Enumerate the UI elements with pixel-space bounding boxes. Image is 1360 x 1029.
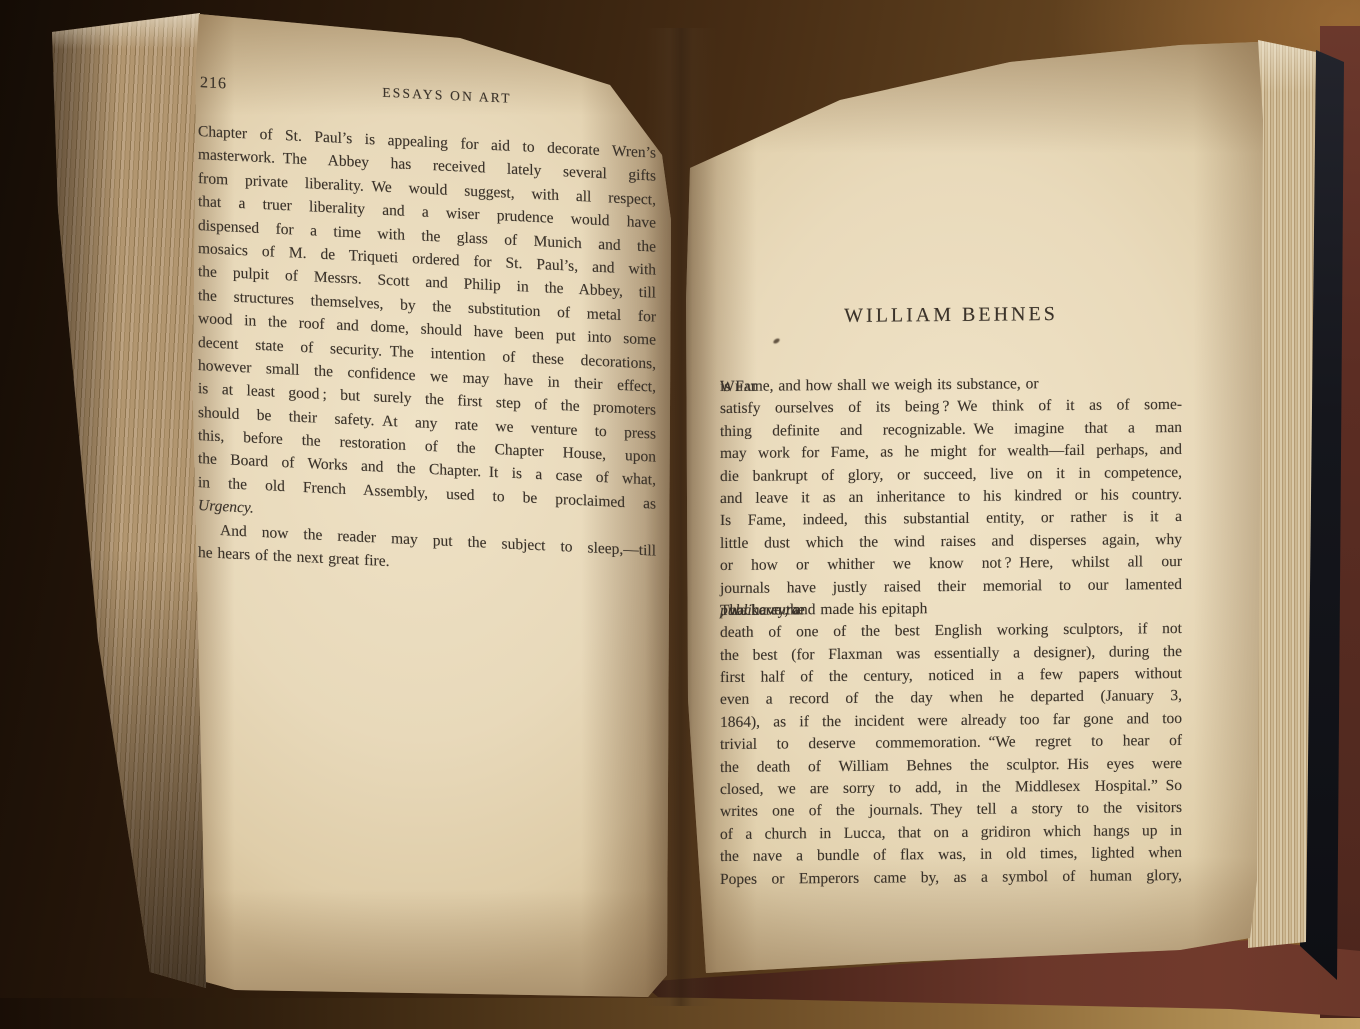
left-page-text-block: 216 ESSAYS ON ART Chapter of St. Paul’s … xyxy=(198,74,656,586)
chapter-title: WILLIAM BEHNES xyxy=(720,302,1182,332)
right-page-body: What is Fame, and how shall we weigh its… xyxy=(720,372,1182,891)
book-gutter-shadow xyxy=(645,28,717,1006)
epitaph-post: , we have the xyxy=(720,599,805,622)
left-page-body: Chapter of St. Paul’s is appealing for a… xyxy=(198,120,656,586)
opening-line-rest: is Fame, and how shall we weigh its subs… xyxy=(720,373,1039,398)
right-page-text-block: WILLIAM BEHNES What is Fame, and how sha… xyxy=(720,302,1182,891)
open-book-photo: 216 ESSAYS ON ART Chapter of St. Paul’s … xyxy=(0,0,1360,1029)
text-line: Popes or Emperors came by, as a symbol o… xyxy=(720,865,1182,891)
